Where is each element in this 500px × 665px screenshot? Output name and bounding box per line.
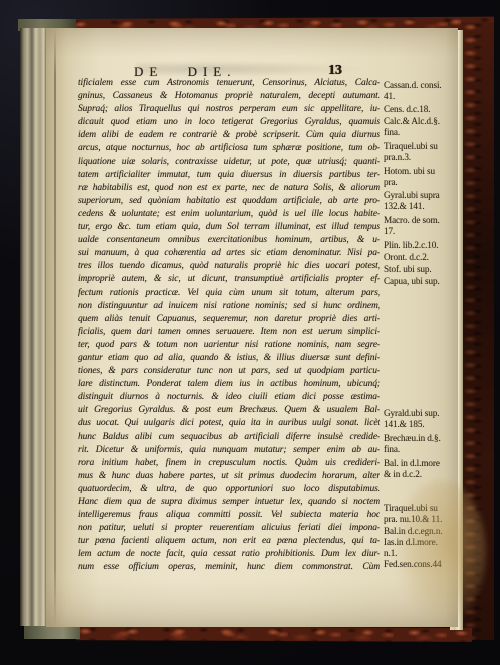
text-line: ficialis, quem dari tamen omnes seruauer… xyxy=(78,326,380,339)
margin-note-line: 132.& 141. xyxy=(384,201,464,212)
text-line: superiorum, sed quòniam habitatio est qu… xyxy=(78,195,380,208)
text-line: non patitur, ueluti si propter reuerenti… xyxy=(78,522,380,535)
text-line: tur pœna facienti aliquem actum, non eri… xyxy=(78,535,380,548)
gutter-page-stack xyxy=(20,28,47,626)
margin-note: Gyral.ubi supra132.& 141. xyxy=(384,190,464,213)
text-line: distinguit diurnos à nocturnis. & ideo c… xyxy=(78,391,380,404)
text-line: rit. Dicetur & uniformis, quia nunquam m… xyxy=(78,444,380,457)
text-line: tur, ergo &c. tum etiam quia, dum Sol te… xyxy=(78,221,380,234)
text-line: Hanc diem qua de supra diximus semper in… xyxy=(78,496,380,509)
margin-note-line: pra.n.3. xyxy=(384,152,464,163)
text-line: quatuordecim, & ultra, de quo opportunio… xyxy=(78,483,380,496)
text-line: tres illos tuendo dicamus, quòd naturali… xyxy=(78,260,380,273)
margin-note-line: Capua, ubi sup. xyxy=(384,276,464,287)
margin-note-line: fina. xyxy=(384,444,464,455)
text-line: sui manuum, à qua cohærentia ad artes si… xyxy=(78,247,380,260)
text-line: ræ habitabilis est, quod non est ex part… xyxy=(78,182,380,195)
text-line: dicauit quod etiam uno in loco tetigerat… xyxy=(78,116,380,129)
text-line: quem aliàs tenuit Capuanus, sequeremur, … xyxy=(78,313,380,326)
text-line: tatem artificialiter immutat, tum quia d… xyxy=(78,169,380,182)
text-line: ter, quod pars & totum non uarientur nis… xyxy=(78,339,380,352)
margin-note-line: Calc.& Alc.d.§. xyxy=(384,116,464,127)
text-line: ualde consentaneum omnibus exercitationi… xyxy=(78,234,380,247)
text-line: tiones, & pars consideratur tunc non ut … xyxy=(78,365,380,378)
gutter-crease xyxy=(54,28,56,627)
margin-note-line: 17. xyxy=(384,226,464,237)
text-line: Supraq́; alios Tiraquellus qui nostros p… xyxy=(78,103,380,116)
margin-note: Cens. d.c.18. xyxy=(384,104,464,115)
text-line: impropriè autem, & sic, ut dicunt, trans… xyxy=(78,273,380,286)
text-line: arcus, atque nocturnus, hoc ab artificio… xyxy=(78,142,380,155)
text-line: gantur etiam quo ad alia, quando & istiu… xyxy=(78,352,380,365)
text-line: dus uocat. Qui uulgaris dici potest, qui… xyxy=(78,417,380,430)
margin-note-line: pra. xyxy=(384,177,464,188)
book-photo: DE DIE. 13 tificialem esse cum Astronomi… xyxy=(0,0,500,665)
text-block: tificialem esse cum Astronomis tenuerunt… xyxy=(78,77,380,575)
margin-note-line: Cassan.d. consi. xyxy=(384,80,464,91)
margin-note: Stof. ubi sup. xyxy=(384,264,464,275)
text-line: tificialem esse cum Astronomis tenuerunt… xyxy=(78,77,380,90)
margin-note-line: Stof. ubi sup. xyxy=(384,264,464,275)
margin-note-line: Tiraquel.ubi su xyxy=(384,141,464,152)
margin-note: Plin. lib.2.c.10. xyxy=(384,240,464,251)
margin-note-line: Cens. d.c.18. xyxy=(384,104,464,115)
text-line: lem actum de nocte facit, quia cessat ra… xyxy=(78,548,380,561)
text-line: cedens & uoluntate; est enim uoluntarium… xyxy=(78,208,380,221)
text-line: fectum rationis practicæ. Vel quia cùm u… xyxy=(78,287,380,300)
margin-note: Bal. in d.l.more& in d.c.2. xyxy=(384,458,464,481)
book-page: DE DIE. 13 tificialem esse cum Astronomi… xyxy=(46,28,458,627)
text-line: mus & hunc duas habere partes, ut sit pr… xyxy=(78,470,380,483)
text-line: intelligeremus fraus aliqua committi pos… xyxy=(78,509,380,522)
text-line: gninus, Cassaneus & Hotomanus propriè na… xyxy=(78,90,380,103)
margin-note: Macro. de som.17. xyxy=(384,215,464,238)
margin-note-line: Bal. in d.l.more xyxy=(384,458,464,469)
margin-note: Tiraquel.ubi supra.n.3. xyxy=(384,141,464,164)
text-line: uit Gregorius Gyraldus. & post eum Brech… xyxy=(78,404,380,417)
margin-note-line: & in d.c.2. xyxy=(384,469,464,480)
margin-note: Capua, ubi sup. xyxy=(384,276,464,287)
margin-note: Brechæu.in d.§.fina. xyxy=(384,433,464,456)
margin-note-line: Oront. d.c.2. xyxy=(384,252,464,263)
margin-note: Cassan.d. consi.41. xyxy=(384,80,464,103)
text-line: lare distinctum. Ponderat talem diem ius… xyxy=(78,378,380,391)
margin-note: Oront. d.c.2. xyxy=(384,252,464,263)
margin-note-line: Gyral.ubi supra xyxy=(384,190,464,201)
margin-note-line: 141.& 185. xyxy=(384,419,464,430)
paper-stain xyxy=(394,480,486,625)
margin-note-line: Plin. lib.2.c.10. xyxy=(384,240,464,251)
margin-note-line: Brechæu.in d.§. xyxy=(384,433,464,444)
text-line: liquatione uiæ solaris, contraxisse uide… xyxy=(78,156,380,169)
book-bottom-cover-edge xyxy=(76,626,472,642)
page-number: 13 xyxy=(328,62,342,78)
margin-note-line: Gyrald.ubi sup. xyxy=(384,408,464,419)
margin-note: Hotom. ubi supra. xyxy=(384,166,464,189)
text-line: hunc Baldus alibi cum sequacibus ab arti… xyxy=(78,431,380,444)
text-line: idem alibi de eadem re contrariè & probè… xyxy=(78,129,380,142)
text-line: num esse officium operas, meminit, hunc … xyxy=(78,561,380,574)
text-line: non distinguuntur ad inuicem nisi ration… xyxy=(78,300,380,313)
margin-note: Gyrald.ubi sup.141.& 185. xyxy=(384,408,464,431)
margin-note-line: fina. xyxy=(384,127,464,138)
text-line: rora initium habet, finem in crepusculum… xyxy=(78,457,380,470)
book-bottom-left-board-edge xyxy=(24,626,80,639)
margin-note-line: 41. xyxy=(384,91,464,102)
margin-note: Calc.& Alc.d.§.fina. xyxy=(384,116,464,139)
margin-note-line: Macro. de som. xyxy=(384,215,464,226)
margin-note-line: Hotom. ubi su xyxy=(384,166,464,177)
